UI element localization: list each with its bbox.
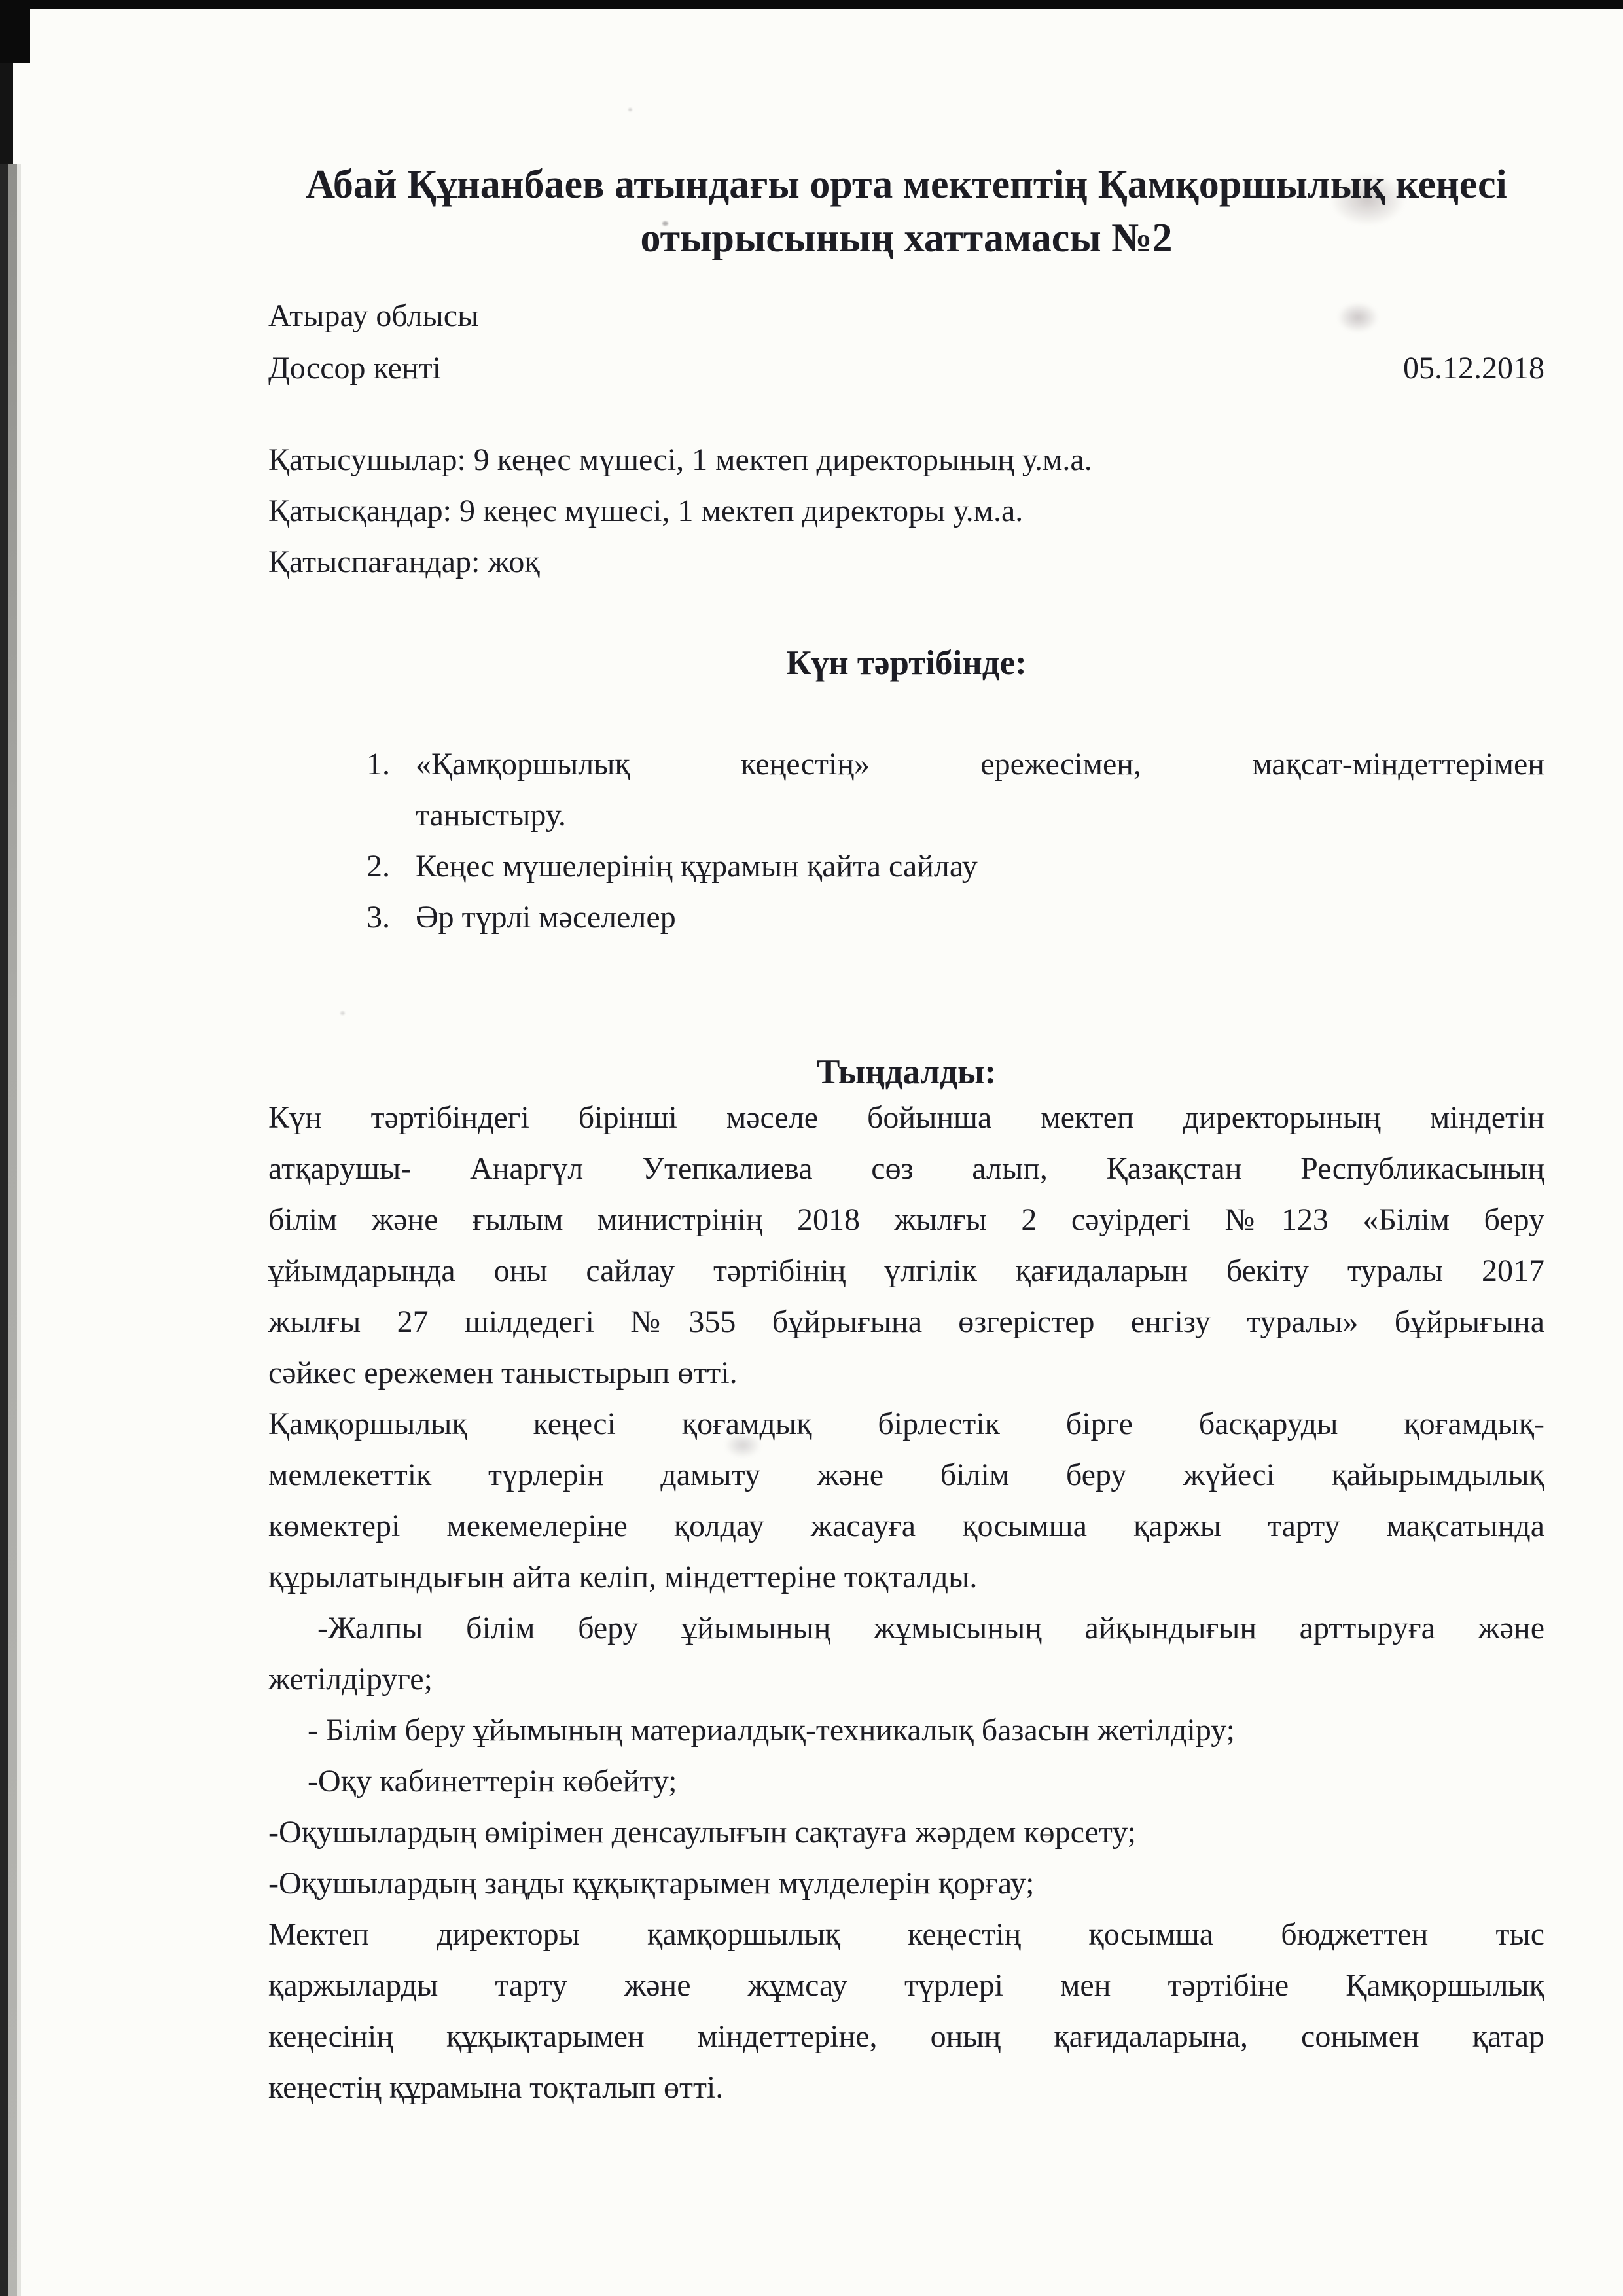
agenda-heading: Күн тәртібінде: bbox=[268, 637, 1544, 689]
document-date: 05.12.2018 bbox=[1403, 343, 1544, 394]
agenda-item-3: 3. Әр түрлі мәселелер bbox=[366, 892, 1544, 943]
participants-line: Қатысқандар: 9 кеңес мүшесі, 1 мектеп ди… bbox=[268, 486, 1544, 537]
body-line: жылғы 27 шілдедегі №355 бұйрығына өзгері… bbox=[268, 1297, 1544, 1348]
dust-speck bbox=[340, 1011, 345, 1015]
body-text-block: Күн тәртібіндегі бірінші мәселе бойынша … bbox=[268, 1092, 1544, 2113]
body-line-dash-item: -Оқушылардың өмірімен денсаулығын сақтау… bbox=[268, 1807, 1544, 1858]
body-line-dash-item: -Жалпы білім беру ұйымының жұмысының айқ… bbox=[268, 1603, 1544, 1654]
participants-line: Қатысушылар: 9 кеңес мүшесі, 1 мектеп ди… bbox=[268, 435, 1544, 486]
dust-speck bbox=[628, 108, 632, 111]
body-line: кеңестің құрамына тоқталып өтті. bbox=[268, 2062, 1544, 2113]
body-line: білім және ғылым министрінің 2018 жылғы … bbox=[268, 1194, 1544, 1246]
settlement-row: Доссор кенті 05.12.2018 bbox=[268, 343, 1544, 394]
agenda-item-text: «Қамқоршылық кеңестің» ережесімен, мақса… bbox=[416, 739, 1544, 790]
agenda-list: 1. «Қамқоршылық кеңестің» ережесімен, ма… bbox=[366, 739, 1544, 943]
body-line-dash-item: -Оқушылардың заңды құқықтарымен мүлделер… bbox=[268, 1858, 1544, 1909]
body-line: көмектері мекемелеріне қолдау жасауға қо… bbox=[268, 1501, 1544, 1552]
body-line-dash-item: - Білім беру ұйымының материалдық-техник… bbox=[268, 1705, 1544, 1756]
document-title-line-2: отырысының хаттамасы №2 bbox=[268, 211, 1544, 266]
participants-line: Қатыспағандар: жоқ bbox=[268, 537, 1544, 588]
body-line: ұйымдарында оны сайлау тәртібінің үлгілі… bbox=[268, 1246, 1544, 1297]
body-line: атқарушы- Анаргүл Утепкалиева сөз алып, … bbox=[268, 1143, 1544, 1194]
scan-corner-artifact bbox=[0, 0, 30, 63]
scan-left-edge-grey bbox=[8, 164, 17, 2296]
body-line: Қамқоршылық кеңесі қоғамдық бірлестік бі… bbox=[268, 1399, 1544, 1450]
body-line: сәйкес ережемен таныстырып өтті. bbox=[268, 1348, 1544, 1399]
body-line-dash-item: -Оқу кабинеттерін көбейту; bbox=[268, 1756, 1544, 1807]
agenda-item-text: Кеңес мүшелерінің құрамын қайта сайлау bbox=[416, 841, 1544, 892]
scan-left-edge-light bbox=[17, 164, 21, 2296]
heard-heading: Тыңдалды: bbox=[268, 1047, 1544, 1098]
body-line: мемлекеттік түрлерін дамыту және білім б… bbox=[268, 1450, 1544, 1501]
body-line: жетілдіруге; bbox=[268, 1654, 1544, 1705]
agenda-item-1-continued: таныстыру. bbox=[366, 790, 1544, 841]
scanned-document-page: Абай Құнанбаев атындағы орта мектептің Қ… bbox=[0, 0, 1623, 2296]
body-line: қаржыларды тарту және жұмсау түрлері мен… bbox=[268, 1960, 1544, 2011]
agenda-item-1: 1. «Қамқоршылық кеңестің» ережесімен, ма… bbox=[366, 739, 1544, 790]
agenda-item-text: таныстыру. bbox=[416, 790, 1544, 841]
region-line: Атырау облысы bbox=[268, 291, 1544, 342]
body-line: Мектеп директоры қамқоршылық кеңестің қо… bbox=[268, 1909, 1544, 1960]
document-title-line-1: Абай Құнанбаев атындағы орта мектептің Қ… bbox=[268, 157, 1544, 212]
body-line: кеңесінің құқықтарымен міндеттеріне, оны… bbox=[268, 2011, 1544, 2062]
body-line: құрылатындығын айта келіп, міндеттеріне … bbox=[268, 1552, 1544, 1603]
agenda-item-number: 2. bbox=[366, 841, 390, 892]
agenda-item-2: 2. Кеңес мүшелерінің құрамын қайта сайла… bbox=[366, 841, 1544, 892]
scan-left-edge-dark bbox=[0, 164, 8, 2296]
scan-corner-strip bbox=[0, 63, 13, 168]
agenda-item-text: Әр түрлі мәселелер bbox=[416, 892, 1544, 943]
body-line: Күн тәртібіндегі бірінші мәселе бойынша … bbox=[268, 1092, 1544, 1143]
participants-block: Қатысушылар: 9 кеңес мүшесі, 1 мектеп ди… bbox=[268, 435, 1544, 588]
agenda-item-number: 3. bbox=[366, 892, 390, 943]
agenda-item-number: 1. bbox=[366, 739, 390, 790]
scan-top-edge bbox=[0, 0, 1623, 9]
settlement-label: Доссор кенті bbox=[268, 351, 441, 386]
